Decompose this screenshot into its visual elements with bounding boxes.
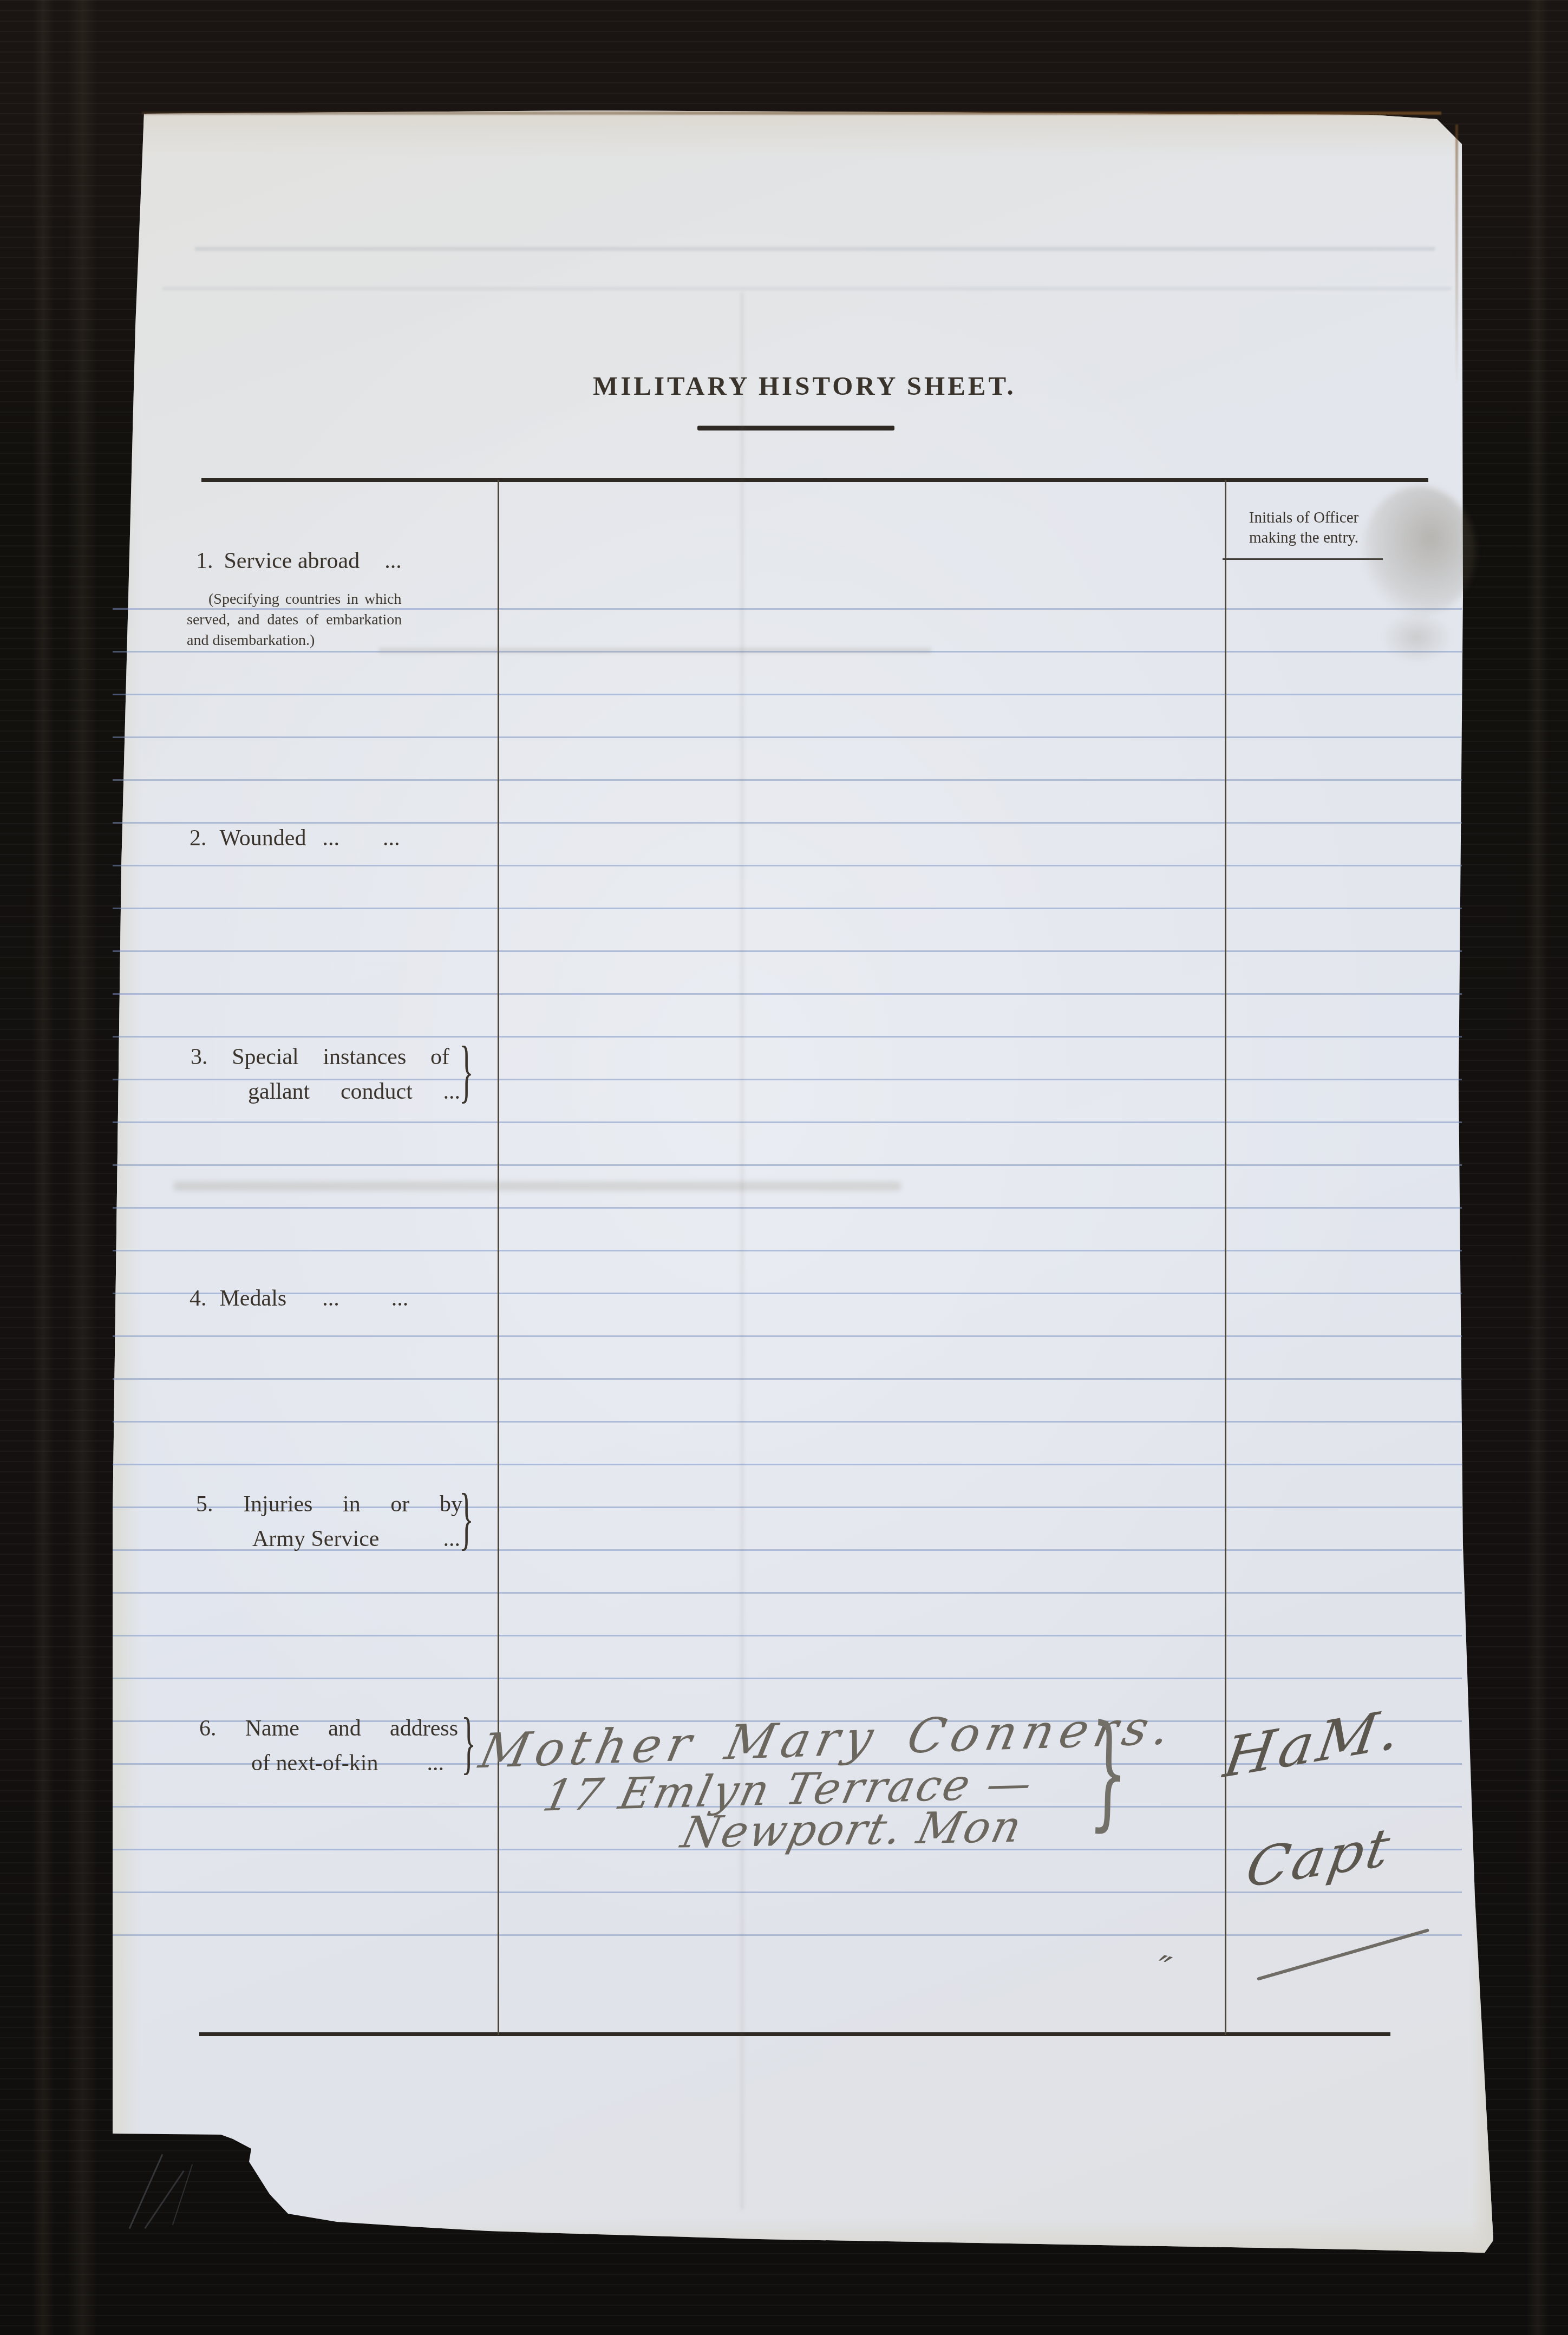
- row-injuries-line2: Army Service ...: [252, 1526, 460, 1552]
- row-next-of-kin-line1: 6. Name and address: [199, 1716, 458, 1742]
- row-label: Name: [245, 1716, 299, 1742]
- dot-leader: ...: [427, 1750, 445, 1776]
- dot-leader: ...: [322, 826, 339, 851]
- row-label: Army Service: [252, 1526, 379, 1552]
- row-label: of next-of-kin: [251, 1750, 378, 1776]
- dot-leader: ...: [383, 826, 400, 851]
- row-label: in: [343, 1491, 361, 1517]
- corner-crease: [129, 2154, 164, 2229]
- dot-leader: ...: [384, 549, 402, 573]
- row-service-abroad-note: (Specifying countries in which served, a…: [187, 589, 423, 651]
- scanbed-streak: [32, 0, 54, 2335]
- dot-leader: ...: [391, 1286, 409, 1311]
- row-number: 6.: [199, 1716, 217, 1742]
- row-number: 5.: [196, 1491, 213, 1517]
- row-next-of-kin-brace: }: [461, 1704, 476, 1783]
- row-label: instances: [323, 1044, 406, 1070]
- note-line: served, and dates of embarkation: [187, 610, 423, 630]
- row-gallant-conduct-line1: 3. Special instances of: [191, 1044, 449, 1070]
- row-label: address: [390, 1716, 458, 1742]
- scanbed-streak: [68, 0, 97, 2335]
- row-number: 1.: [196, 548, 213, 574]
- scanbed-streak: [1527, 0, 1549, 2335]
- scanned-document: MILITARY HISTORY SHEET. Initials of Offi…: [0, 0, 1568, 2335]
- row-number: 4.: [190, 1286, 207, 1312]
- dot-leader: ...: [322, 1286, 339, 1311]
- row-label: or: [390, 1491, 409, 1517]
- row-next-of-kin-line2: of next-of-kin ...: [251, 1750, 444, 1776]
- officer-column-header-line1: Initials of Officer: [1225, 508, 1383, 528]
- dot-leader: ...: [443, 1526, 461, 1552]
- row-number: 3.: [191, 1044, 208, 1070]
- officer-column-header-line2: making the entry.: [1225, 528, 1383, 548]
- page-title: MILITARY HISTORY SHEET.: [593, 370, 1004, 401]
- row-injuries-line1: 5. Injuries in or by: [196, 1491, 462, 1517]
- row-service-abroad: 1.Service abroad...: [196, 548, 402, 574]
- corner-crease: [172, 2164, 193, 2226]
- note-line: and disembarkation.): [187, 630, 423, 651]
- row-label: Special: [232, 1044, 299, 1070]
- corner-crease: [144, 2170, 184, 2229]
- row-label: gallant: [248, 1079, 310, 1105]
- row-medals: 4.Medals......: [190, 1286, 408, 1312]
- row-gallant-conduct-line2: gallant conduct ...: [248, 1079, 460, 1105]
- dot-leader: ...: [443, 1079, 461, 1105]
- row-label: Service abroad: [224, 549, 360, 573]
- row-label: and: [328, 1716, 361, 1742]
- row-label: Injuries: [243, 1491, 312, 1517]
- row-label: conduct: [341, 1079, 413, 1105]
- row-gallant-conduct-brace: }: [459, 1032, 474, 1112]
- row-label: of: [430, 1044, 449, 1070]
- row-injuries-brace: }: [459, 1479, 474, 1559]
- note-line: (Specifying countries in which: [187, 589, 423, 610]
- row-wounded: 2.Wounded......: [190, 825, 400, 851]
- row-label: Medals: [220, 1286, 287, 1311]
- row-label: Wounded: [220, 826, 306, 851]
- paper-sheet: [109, 109, 1495, 2256]
- row-number: 2.: [190, 825, 207, 851]
